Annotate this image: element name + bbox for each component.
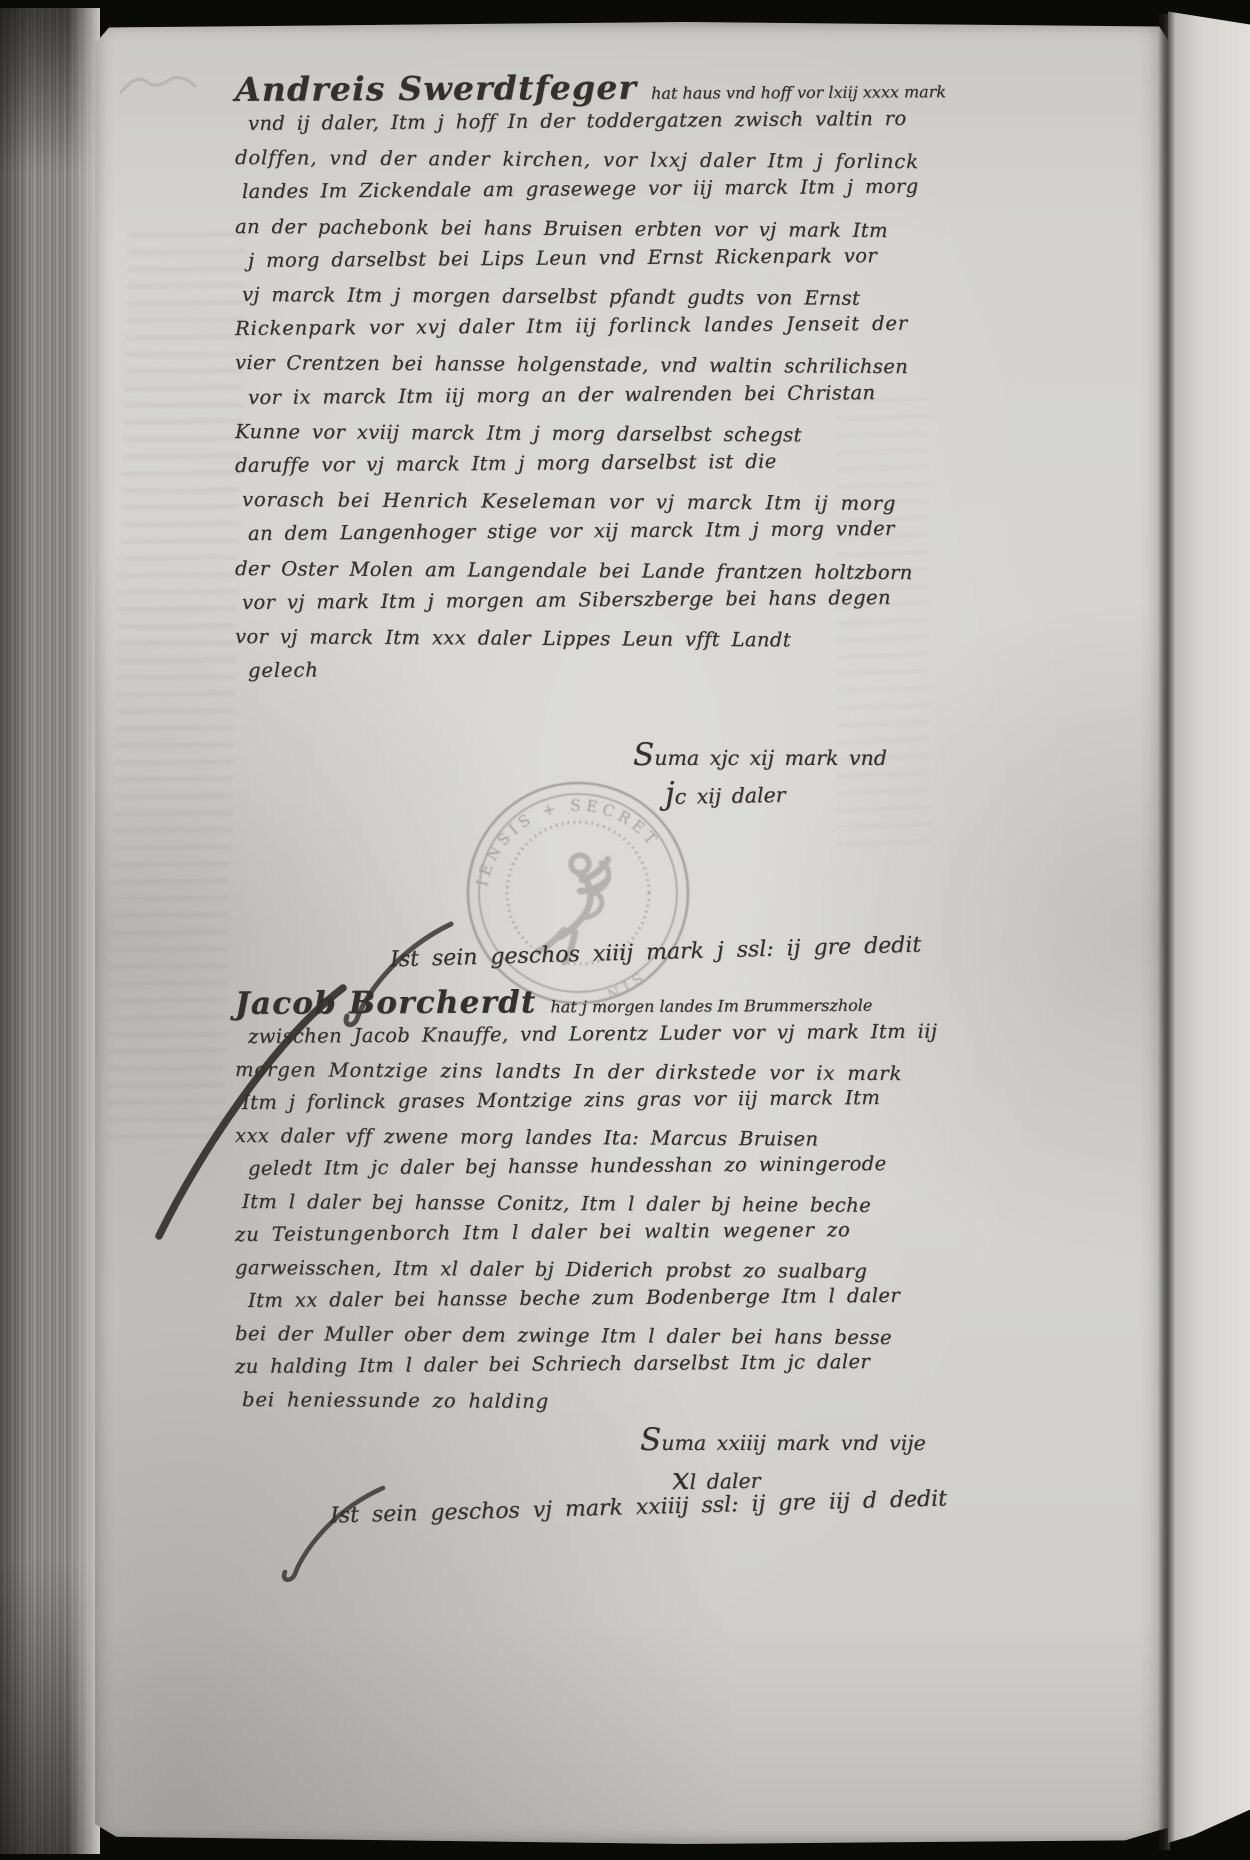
manuscript-page: Andreis Swerdtfegerhat haus vnd hoff vor… [95, 22, 1168, 1844]
manuscript-line: Itm j forlinck grases Montzige zins gras… [242, 1080, 995, 1119]
manuscript-line: daruffe vor vj marck Itm j morg darselbs… [235, 443, 975, 483]
manuscript-line: bei heniessunde zo halding [242, 1383, 995, 1421]
seal-legend-text: IENSIS + SECRET [473, 797, 663, 889]
sum-line: Suma xxiiij mark vnd vije [640, 1423, 926, 1460]
stacked-page-edges [0, 8, 100, 1854]
manuscript-line: gelech [248, 649, 975, 689]
manuscript-line: j morg darselbst bei Lips Leun vnd Ernst… [248, 238, 975, 278]
entry-body-lines: vnd ij daler, Itm j hoff In der todderga… [235, 107, 975, 688]
entry-jacob-borcherdt: Jacob Borcherdthat j morgen landes Im Br… [235, 984, 995, 1416]
entry-body-lines: zwischen Jacob Knauffe, vnd Lorentz Lude… [235, 1020, 995, 1416]
manuscript-line: Itm xx daler bei hansse beche zum Bodenb… [248, 1278, 995, 1317]
archive-seal-stamp: IENSIS + SECRET SIN [453, 768, 703, 1018]
pen-flourish [273, 1480, 393, 1585]
manuscript-line: Rickenpark vor xvj daler Itm iij forlinc… [235, 306, 975, 346]
faint-marginal-mark [113, 62, 203, 106]
archival-photo-background: Andreis Swerdtfegerhat haus vnd hoff vor… [0, 0, 1250, 1860]
manuscript-line: landes Im Zickendale am grasewege vor ii… [242, 170, 975, 210]
entry-heading: Jacob Borcherdt [235, 984, 537, 1022]
manuscript-line: vnd ij daler, Itm j hoff In der todderga… [248, 101, 975, 141]
manuscript-line: an dem Langenhoger stige vor xij marck I… [248, 512, 975, 552]
manuscript-line: vor vj mark Itm j morgen am Siberszberge… [242, 580, 975, 620]
facing-page-edge [1168, 6, 1250, 1854]
receipt-line-entry-2: Ist sein geschos vj mark xxiiij ssl: ij … [330, 1486, 948, 1528]
manuscript-line: zu Teistungenborch Itm l daler bei walti… [235, 1212, 995, 1251]
manuscript-line: geledt Itm jc daler bej hansse hundessha… [248, 1146, 995, 1185]
entry-first-line-text: hat j morgen landes Im Brummerszhole [550, 996, 872, 1017]
manuscript-line: zwischen Jacob Knauffe, vnd Lorentz Lude… [248, 1014, 995, 1053]
sum-entry-2: Suma xxiiij mark vnd vijexl daler [640, 1423, 926, 1497]
entry-heading: Andreis Swerdtfeger [235, 68, 637, 109]
manuscript-line: vor ix marck Itm iij morg an der walrend… [248, 375, 975, 415]
entry-andreis-swerdtfeger: Andreis Swerdtfegerhat haus vnd hoff vor… [235, 68, 975, 688]
manuscript-line: zu halding Itm l daler bei Schriech dars… [235, 1344, 995, 1383]
entry-first-line-text: hat haus vnd hoff vor lxiij xxxx mark [651, 82, 946, 103]
